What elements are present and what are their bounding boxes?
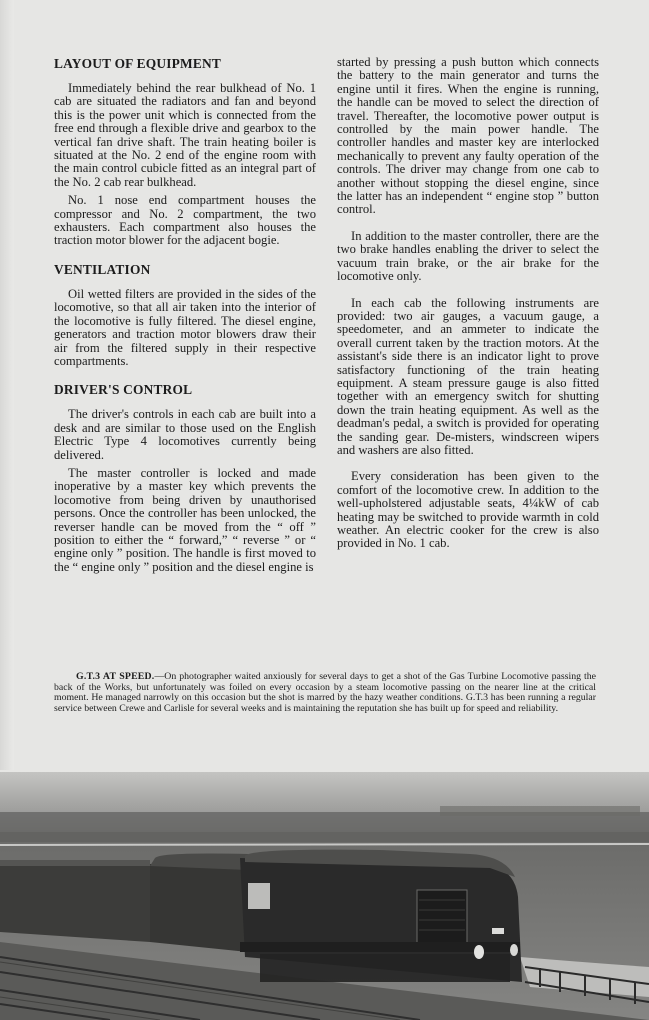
caption-title: G.T.3 AT SPEED. <box>76 671 154 682</box>
paragraph: Every consideration has been given to th… <box>337 470 599 550</box>
paragraph: Oil wetted filters are provided in the s… <box>54 288 316 368</box>
locomotive-photo <box>0 772 649 1020</box>
paragraph: In each cab the following instruments ar… <box>337 297 599 458</box>
train-photo-illustration <box>0 772 649 1020</box>
right-column: started by pressing a push button which … <box>337 56 599 574</box>
heading-layout-of-equipment: LAYOUT OF EQUIPMENT <box>54 56 316 71</box>
paragraph: The driver's controls in each cab are bu… <box>54 408 316 462</box>
photo-caption: G.T.3 AT SPEED.—On photographer waited a… <box>54 672 596 714</box>
page-edge <box>0 0 14 770</box>
left-column: LAYOUT OF EQUIPMENT Immediately behind t… <box>54 56 316 574</box>
paragraph: Immediately behind the rear bulkhead of … <box>54 82 316 189</box>
article-body: LAYOUT OF EQUIPMENT Immediately behind t… <box>54 56 599 574</box>
heading-ventilation: VENTILATION <box>54 262 316 277</box>
heading-drivers-control: DRIVER'S CONTROL <box>54 382 316 397</box>
paragraph: In addition to the master controller, th… <box>337 230 599 284</box>
paragraph: No. 1 nose end compartment houses the co… <box>54 194 316 248</box>
paragraph-continued: started by pressing a push button which … <box>337 56 599 217</box>
paragraph: The master controller is locked and made… <box>54 467 316 574</box>
